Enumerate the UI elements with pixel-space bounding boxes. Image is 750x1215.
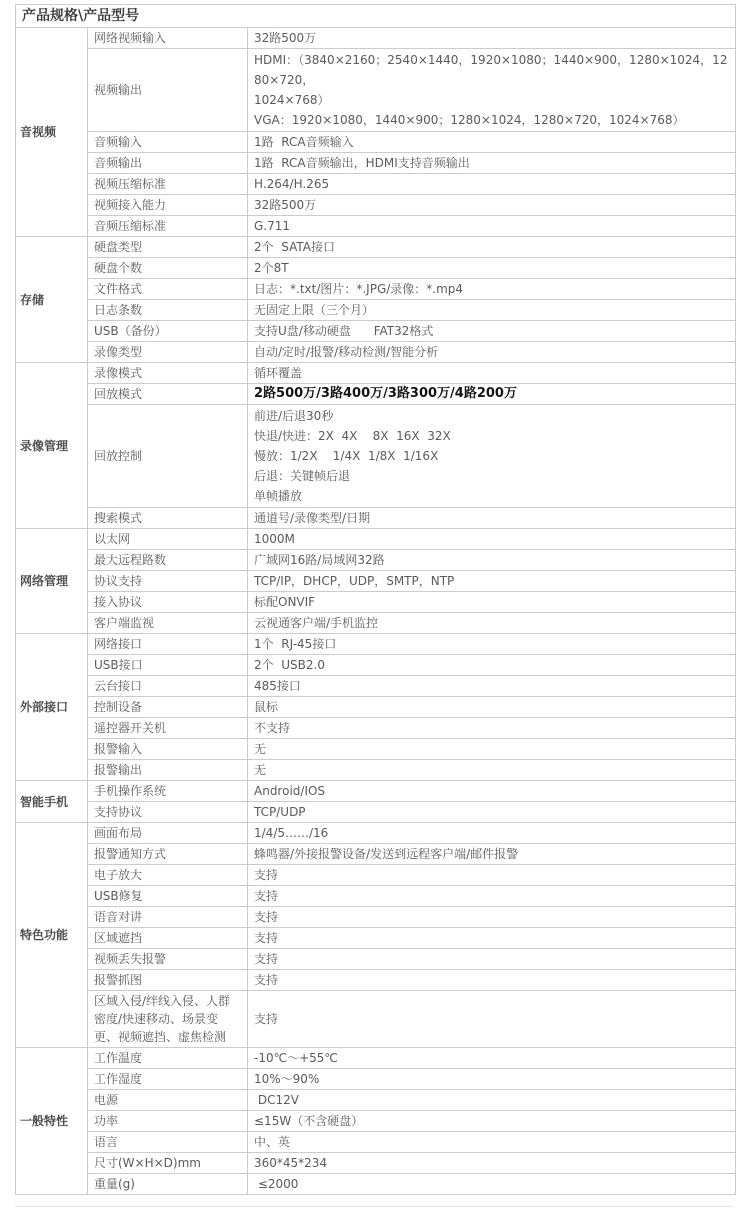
table-row: 文件格式日志：*.txt/图片：*.JPG/录像：*.mp4 bbox=[16, 279, 736, 300]
category-cell: 外部接口 bbox=[16, 634, 88, 781]
table-row: 客户端监视云视通客户端/手机监控 bbox=[16, 613, 736, 634]
spec-label-cell: 网络接口 bbox=[88, 634, 248, 655]
spec-value-cell: 1个 RJ-45接口 bbox=[248, 634, 736, 655]
table-row: 搜索模式通道号/录像类型/日期 bbox=[16, 508, 736, 529]
spec-label-cell: 以太网 bbox=[88, 529, 248, 550]
spec-value-line: 慢放：1/2X 1/4X 1/8X 1/16X bbox=[254, 446, 729, 466]
spec-value-cell: 支持U盘/移动硬盘 FAT32格式 bbox=[248, 321, 736, 342]
spec-value-line: 后退：关键帧后退 bbox=[254, 466, 729, 486]
table-row: 视频接入能力32路500万 bbox=[16, 195, 736, 216]
table-row: 重量(g) ≤2000 bbox=[16, 1174, 736, 1195]
category-cell: 网络管理 bbox=[16, 529, 88, 634]
table-row: 协议支持TCP/IP，DHCP，UDP，SMTP，NTP bbox=[16, 571, 736, 592]
spec-label-cell: 报警输入 bbox=[88, 739, 248, 760]
table-row: 工作湿度10%～90% bbox=[16, 1069, 736, 1090]
spec-value-cell: 32路500万 bbox=[248, 28, 736, 49]
table-row: 语音对讲支持 bbox=[16, 907, 736, 928]
spec-value-cell: Android/IOS bbox=[248, 781, 736, 802]
spec-label-cell: 音频输入 bbox=[88, 132, 248, 153]
spec-value-cell: G.711 bbox=[248, 216, 736, 237]
spec-value-cell: 云视通客户端/手机监控 bbox=[248, 613, 736, 634]
spec-label-cell: 接入协议 bbox=[88, 592, 248, 613]
spec-label-cell: 尺寸(W×H×D)mm bbox=[88, 1153, 248, 1174]
table-row: 语言中、英 bbox=[16, 1132, 736, 1153]
spec-label-cell: 电源 bbox=[88, 1090, 248, 1111]
spec-value-cell: 支持 bbox=[248, 886, 736, 907]
spec-label-cell: 硬盘个数 bbox=[88, 258, 248, 279]
table-row: 电子放大支持 bbox=[16, 865, 736, 886]
table-row: 音频压缩标准G.711 bbox=[16, 216, 736, 237]
table-row: 功率≤15W（不含硬盘） bbox=[16, 1111, 736, 1132]
spec-value-cell: 日志：*.txt/图片：*.JPG/录像：*.mp4 bbox=[248, 279, 736, 300]
spec-label-cell: 控制设备 bbox=[88, 697, 248, 718]
spec-value-cell: 2个 USB2.0 bbox=[248, 655, 736, 676]
spec-label-cell: 视频丢失报警 bbox=[88, 949, 248, 970]
table-title: 产品规格\产品型号 bbox=[16, 5, 736, 28]
bottom-divider bbox=[15, 1206, 733, 1207]
spec-label-cell: 重量(g) bbox=[88, 1174, 248, 1195]
spec-value-cell: 支持 bbox=[248, 907, 736, 928]
spec-value-cell: 通道号/录像类型/日期 bbox=[248, 508, 736, 529]
table-row: 报警抓图支持 bbox=[16, 970, 736, 991]
spec-label-cell: 音频输出 bbox=[88, 153, 248, 174]
spec-value-line: 1024×768） bbox=[254, 90, 729, 110]
spec-label-cell: 工作温度 bbox=[88, 1048, 248, 1069]
table-row: 一般特性工作温度-10℃～+55℃ bbox=[16, 1048, 736, 1069]
spec-value-cell: 32路500万 bbox=[248, 195, 736, 216]
spec-label-cell: 协议支持 bbox=[88, 571, 248, 592]
spec-label-cell: 视频输出 bbox=[88, 49, 248, 132]
spec-label-cell: USB接口 bbox=[88, 655, 248, 676]
spec-value-cell: 1路 RCA音频输入 bbox=[248, 132, 736, 153]
table-header-row: 产品规格\产品型号 bbox=[16, 5, 736, 28]
spec-value-cell: ≤15W（不含硬盘） bbox=[248, 1111, 736, 1132]
table-row: 报警输出无 bbox=[16, 760, 736, 781]
spec-label-cell: 手机操作系统 bbox=[88, 781, 248, 802]
spec-value-cell: 支持 bbox=[248, 865, 736, 886]
spec-value-cell: 支持 bbox=[248, 928, 736, 949]
table-row: 网络管理以太网1000M bbox=[16, 529, 736, 550]
spec-label-cell: 音频压缩标准 bbox=[88, 216, 248, 237]
table-row: 电源 DC12V bbox=[16, 1090, 736, 1111]
spec-value-cell: 标配ONVIF bbox=[248, 592, 736, 613]
spec-value-line: 前进/后退30秒 bbox=[254, 406, 729, 426]
table-row: 音频输出1路 RCA音频输出，HDMI支持音频输出 bbox=[16, 153, 736, 174]
spec-value-cell: 支持 bbox=[248, 949, 736, 970]
category-cell: 特色功能 bbox=[16, 823, 88, 1048]
category-cell: 一般特性 bbox=[16, 1048, 88, 1195]
table-row: 录像管理录像模式循环覆盖 bbox=[16, 363, 736, 384]
table-row: 回放控制前进/后退30秒快退/快进：2X 4X 8X 16X 32X慢放：1/2… bbox=[16, 405, 736, 508]
spec-label-cell: 电子放大 bbox=[88, 865, 248, 886]
table-row: USB（备份）支持U盘/移动硬盘 FAT32格式 bbox=[16, 321, 736, 342]
table-row: 硬盘个数2个8T bbox=[16, 258, 736, 279]
table-row: 尺寸(W×H×D)mm360*45*234 bbox=[16, 1153, 736, 1174]
spec-value-cell: 2个 SATA接口 bbox=[248, 237, 736, 258]
spec-value-cell: ≤2000 bbox=[248, 1174, 736, 1195]
spec-value-cell: TCP/UDP bbox=[248, 802, 736, 823]
spec-value-cell: -10℃～+55℃ bbox=[248, 1048, 736, 1069]
spec-value-cell: 无 bbox=[248, 739, 736, 760]
spec-label-cell: 报警输出 bbox=[88, 760, 248, 781]
spec-label-cell: 文件格式 bbox=[88, 279, 248, 300]
spec-sheet: 产品规格\产品型号 音视频网络视频输入32路500万视频输出HDMI：（3840… bbox=[0, 0, 750, 1207]
spec-label-cell: USB修复 bbox=[88, 886, 248, 907]
spec-value-cell: 前进/后退30秒快退/快进：2X 4X 8X 16X 32X慢放：1/2X 1/… bbox=[248, 405, 736, 508]
table-row: 遥控器开关机不支持 bbox=[16, 718, 736, 739]
spec-value-line: HDMI：（3840×2160；2540×1440，1920×1080；1440… bbox=[254, 50, 729, 90]
table-row: 智能手机手机操作系统Android/IOS bbox=[16, 781, 736, 802]
table-row: 录像类型自动/定时/报警/移动检测/智能分析 bbox=[16, 342, 736, 363]
spec-label-cell: USB（备份） bbox=[88, 321, 248, 342]
table-row: 报警通知方式蜂鸣器/外接报警设备/发送到远程客户端/邮件报警 bbox=[16, 844, 736, 865]
spec-label-cell: 录像模式 bbox=[88, 363, 248, 384]
table-row: 最大远程路数广域网16路/局域网32路 bbox=[16, 550, 736, 571]
spec-value-cell: TCP/IP，DHCP，UDP，SMTP，NTP bbox=[248, 571, 736, 592]
table-row: 视频输出HDMI：（3840×2160；2540×1440，1920×1080；… bbox=[16, 49, 736, 132]
spec-value-cell: H.264/H.265 bbox=[248, 174, 736, 195]
spec-label-cell: 功率 bbox=[88, 1111, 248, 1132]
table-row: 报警输入无 bbox=[16, 739, 736, 760]
spec-value-cell: 1路 RCA音频输出，HDMI支持音频输出 bbox=[248, 153, 736, 174]
category-cell: 录像管理 bbox=[16, 363, 88, 529]
spec-value-cell: 不支持 bbox=[248, 718, 736, 739]
spec-label-cell: 搜索模式 bbox=[88, 508, 248, 529]
table-row: 外部接口网络接口1个 RJ-45接口 bbox=[16, 634, 736, 655]
spec-value-line: VGA：1920×1080，1440×900；1280×1024，1280×72… bbox=[254, 110, 729, 130]
spec-value-cell: 鼠标 bbox=[248, 697, 736, 718]
table-row: 日志条数无固定上限（三个月） bbox=[16, 300, 736, 321]
table-row: 视频压缩标准H.264/H.265 bbox=[16, 174, 736, 195]
spec-label-cell: 报警通知方式 bbox=[88, 844, 248, 865]
spec-value-line: 快退/快进：2X 4X 8X 16X 32X bbox=[254, 426, 729, 446]
table-row: 区域遮挡支持 bbox=[16, 928, 736, 949]
spec-label-cell: 客户端监视 bbox=[88, 613, 248, 634]
spec-label-cell: 报警抓图 bbox=[88, 970, 248, 991]
spec-label-cell: 视频压缩标准 bbox=[88, 174, 248, 195]
spec-label-cell: 视频接入能力 bbox=[88, 195, 248, 216]
spec-label-cell: 云台接口 bbox=[88, 676, 248, 697]
table-row: 接入协议标配ONVIF bbox=[16, 592, 736, 613]
spec-label-cell: 支持协议 bbox=[88, 802, 248, 823]
table-row: 区域入侵/绊线入侵、人群密度/快速移动、场景变更、视频遮挡、虚焦检测支持 bbox=[16, 991, 736, 1048]
spec-label-cell: 回放控制 bbox=[88, 405, 248, 508]
spec-value-cell: 2路500万/3路400万/3路300万/4路200万 bbox=[248, 384, 736, 405]
table-row: 音频输入1路 RCA音频输入 bbox=[16, 132, 736, 153]
spec-value-cell: 485接口 bbox=[248, 676, 736, 697]
spec-label-cell: 最大远程路数 bbox=[88, 550, 248, 571]
spec-value-cell: 无固定上限（三个月） bbox=[248, 300, 736, 321]
spec-label-cell: 区域遮挡 bbox=[88, 928, 248, 949]
spec-value-cell: 自动/定时/报警/移动检测/智能分析 bbox=[248, 342, 736, 363]
spec-value-cell: 360*45*234 bbox=[248, 1153, 736, 1174]
spec-value-cell: HDMI：（3840×2160；2540×1440，1920×1080；1440… bbox=[248, 49, 736, 132]
table-row: 视频丢失报警支持 bbox=[16, 949, 736, 970]
spec-label-cell: 区域入侵/绊线入侵、人群密度/快速移动、场景变更、视频遮挡、虚焦检测 bbox=[88, 991, 248, 1048]
category-cell: 智能手机 bbox=[16, 781, 88, 823]
spec-label-cell: 日志条数 bbox=[88, 300, 248, 321]
spec-value-cell: 蜂鸣器/外接报警设备/发送到远程客户端/邮件报警 bbox=[248, 844, 736, 865]
table-row: 回放模式2路500万/3路400万/3路300万/4路200万 bbox=[16, 384, 736, 405]
table-row: USB接口2个 USB2.0 bbox=[16, 655, 736, 676]
table-row: 支持协议TCP/UDP bbox=[16, 802, 736, 823]
table-row: 音视频网络视频输入32路500万 bbox=[16, 28, 736, 49]
spec-value-line: 单帧播放 bbox=[254, 486, 729, 506]
table-row: 控制设备鼠标 bbox=[16, 697, 736, 718]
table-row: USB修复支持 bbox=[16, 886, 736, 907]
table-row: 存储硬盘类型2个 SATA接口 bbox=[16, 237, 736, 258]
spec-label-cell: 语言 bbox=[88, 1132, 248, 1153]
spec-value-cell: 2个8T bbox=[248, 258, 736, 279]
spec-label-cell: 录像类型 bbox=[88, 342, 248, 363]
spec-value-cell: DC12V bbox=[248, 1090, 736, 1111]
category-cell: 存储 bbox=[16, 237, 88, 363]
table-row: 特色功能画面布局1/4/5……/16 bbox=[16, 823, 736, 844]
spec-label-cell: 网络视频输入 bbox=[88, 28, 248, 49]
spec-value-cell: 1000M bbox=[248, 529, 736, 550]
spec-label-cell: 工作湿度 bbox=[88, 1069, 248, 1090]
product-spec-table: 产品规格\产品型号 音视频网络视频输入32路500万视频输出HDMI：（3840… bbox=[15, 4, 736, 1195]
spec-table-body: 音视频网络视频输入32路500万视频输出HDMI：（3840×2160；2540… bbox=[16, 28, 736, 1195]
spec-value-cell: 循环覆盖 bbox=[248, 363, 736, 384]
spec-label-cell: 画面布局 bbox=[88, 823, 248, 844]
spec-label-cell: 遥控器开关机 bbox=[88, 718, 248, 739]
spec-label-cell: 硬盘类型 bbox=[88, 237, 248, 258]
spec-value-cell: 1/4/5……/16 bbox=[248, 823, 736, 844]
spec-value-cell: 支持 bbox=[248, 970, 736, 991]
spec-value-cell: 10%～90% bbox=[248, 1069, 736, 1090]
category-cell: 音视频 bbox=[16, 28, 88, 237]
spec-label-cell: 回放模式 bbox=[88, 384, 248, 405]
spec-value-cell: 广域网16路/局域网32路 bbox=[248, 550, 736, 571]
spec-value-cell: 无 bbox=[248, 760, 736, 781]
table-row: 云台接口485接口 bbox=[16, 676, 736, 697]
spec-label-cell: 语音对讲 bbox=[88, 907, 248, 928]
spec-value-cell: 中、英 bbox=[248, 1132, 736, 1153]
spec-value-cell: 支持 bbox=[248, 991, 736, 1048]
